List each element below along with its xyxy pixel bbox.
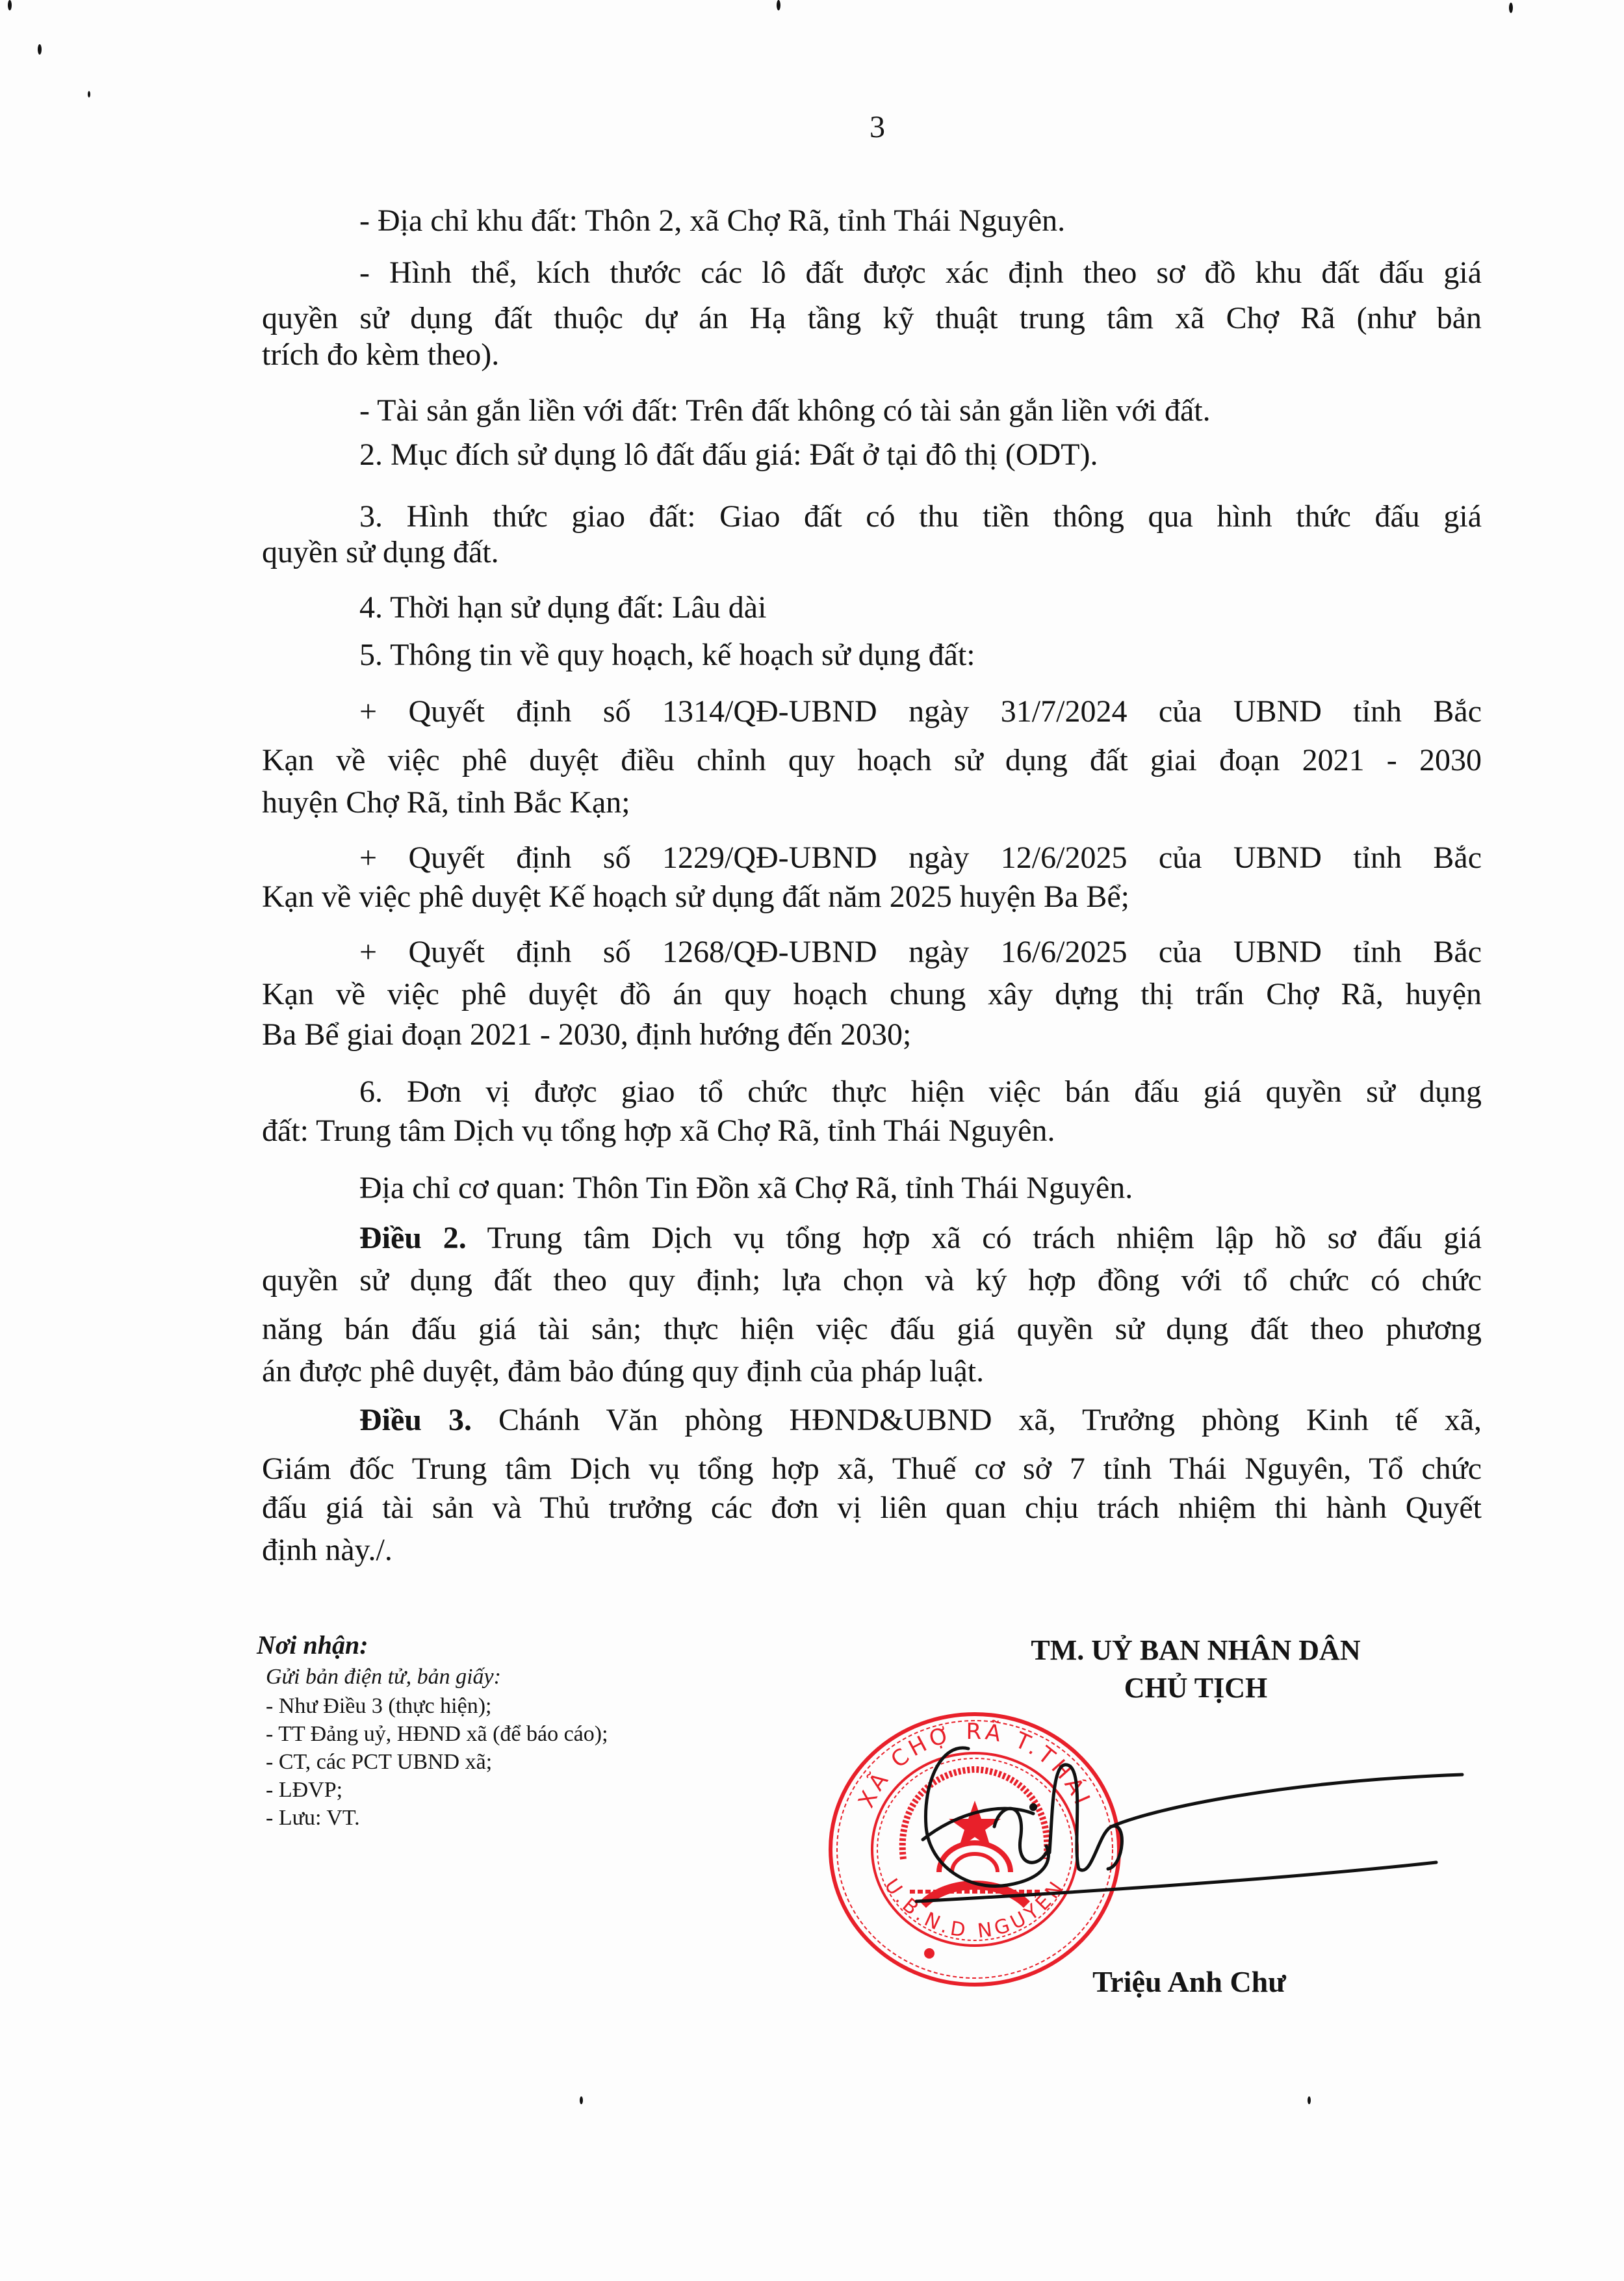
scan-speck [88, 91, 90, 98]
scan-speck [1509, 3, 1513, 13]
recipient-item: - Lưu: VT. [257, 1804, 777, 1832]
decision-1268-line-1: + Quyết định số 1268/QĐ-UBND ngày 16/6/2… [359, 934, 1482, 971]
recipients-subtitle: Gửi bản điện tử, bản giấy: [257, 1662, 777, 1692]
article-3-line-3: đấu giá tài sản và Thủ trưởng các đơn vị… [262, 1490, 1482, 1526]
land-address-line: - Địa chỉ khu đất: Thôn 2, xã Chợ Rã, tỉ… [359, 203, 1482, 239]
recipient-item: - LĐVP; [257, 1776, 777, 1804]
lot-shape-line-2: quyền sử dụng đất thuộc dự án Hạ tầng kỹ… [262, 300, 1482, 337]
article-3-label: Điều 3. [359, 1403, 472, 1437]
recipients-block: Nơi nhận: Gửi bản điện tử, bản giấy: - N… [257, 1628, 777, 1832]
attached-assets-line: - Tài sản gắn liền với đất: Trên đất khô… [359, 393, 1482, 429]
agency-address-line: Địa chỉ cơ quan: Thôn Tin Đồn xã Chợ Rã,… [359, 1170, 1482, 1206]
article-3-line-2: Giám đốc Trung tâm Dịch vụ tổng hợp xã, … [262, 1451, 1482, 1487]
recipient-item: - CT, các PCT UBND xã; [257, 1748, 777, 1776]
lot-shape-line-1: - Hình thể, kích thước các lô đất được x… [359, 255, 1482, 291]
planning-info-heading: 5. Thông tin về quy hoạch, kế hoạch sử d… [359, 637, 1482, 673]
handwritten-signature-icon [897, 1729, 1482, 1924]
recipient-item: - Như Điều 3 (thực hiện); [257, 1692, 777, 1720]
land-allocation-line-1: 3. Hình thức giao đất: Giao đất có thu t… [359, 499, 1482, 535]
scan-speck [777, 0, 780, 10]
article-3-text: Chánh Văn phòng HĐND&UBND xã, Trưởng phò… [472, 1403, 1482, 1437]
decision-1268-line-3: Ba Bể giai đoạn 2021 - 2030, định hướng … [262, 1017, 1482, 1053]
recipient-item: - TT Đảng uỷ, HĐND xã (để báo cáo); [257, 1720, 777, 1748]
article-3-line-1: Điều 3. Chánh Văn phòng HĐND&UBND xã, Tr… [359, 1402, 1482, 1439]
decision-1314-line-3: huyện Chợ Rã, tỉnh Bắc Kạn; [262, 785, 1482, 821]
scan-speck [38, 44, 42, 55]
signer-role: CHỦ TỊCH [962, 1669, 1430, 1707]
auction-unit-line-2: đất: Trung tâm Dịch vụ tổng hợp xã Chợ R… [262, 1113, 1482, 1149]
auction-unit-line-1: 6. Đơn vị được giao tổ chức thực hiện vi… [359, 1074, 1482, 1110]
signer-name: Triệu Anh Chư [1066, 1963, 1313, 2001]
decision-1314-line-1: + Quyết định số 1314/QĐ-UBND ngày 31/7/2… [359, 694, 1482, 730]
decision-1314-line-2: Kạn về việc phê duyệt điều chỉnh quy hoạ… [262, 742, 1482, 779]
signer-organization: TM. UỶ BAN NHÂN DÂN [962, 1632, 1430, 1669]
lot-shape-line-3: trích đo kèm theo). [262, 337, 1482, 373]
decision-1268-line-2: Kạn về việc phê duyệt đồ án quy hoạch ch… [262, 976, 1482, 1013]
land-use-purpose-line: 2. Mục đích sử dụng lô đất đấu giá: Đất … [359, 437, 1482, 473]
article-2-line-3: năng bán đấu giá tài sản; thực hiện việc… [262, 1311, 1482, 1348]
document-page: 3 - Địa chỉ khu đất: Thôn 2, xã Chợ Rã, … [0, 0, 1624, 2281]
recipients-title: Nơi nhận: [257, 1628, 777, 1662]
article-3-line-4: định này./. [262, 1532, 1482, 1569]
land-allocation-line-2: quyền sử dụng đất. [262, 534, 1482, 571]
article-2-line-4: án được phê duyệt, đảm bảo đúng quy định… [262, 1353, 1482, 1390]
land-use-term-line: 4. Thời hạn sử dụng đất: Lâu dài [359, 590, 1482, 626]
article-2-label: Điều 2. [359, 1221, 467, 1255]
article-2-line-2: quyền sử dụng đất theo quy định; lựa chọ… [262, 1262, 1482, 1299]
signature-block: TM. UỶ BAN NHÂN DÂN CHỦ TỊCH [962, 1632, 1430, 1707]
scan-speck [8, 0, 12, 10]
decision-1229-line-1: + Quyết định số 1229/QĐ-UBND ngày 12/6/2… [359, 840, 1482, 876]
scan-speck [580, 2096, 583, 2104]
scan-speck [1308, 2096, 1311, 2104]
page-number: 3 [851, 109, 903, 145]
decision-1229-line-2: Kạn về việc phê duyệt Kế hoạch sử dụng đ… [262, 879, 1482, 915]
article-2-line-1: Điều 2. Trung tâm Dịch vụ tổng hợp xã có… [359, 1220, 1482, 1257]
article-2-text: Trung tâm Dịch vụ tổng hợp xã có trách n… [467, 1221, 1482, 1255]
